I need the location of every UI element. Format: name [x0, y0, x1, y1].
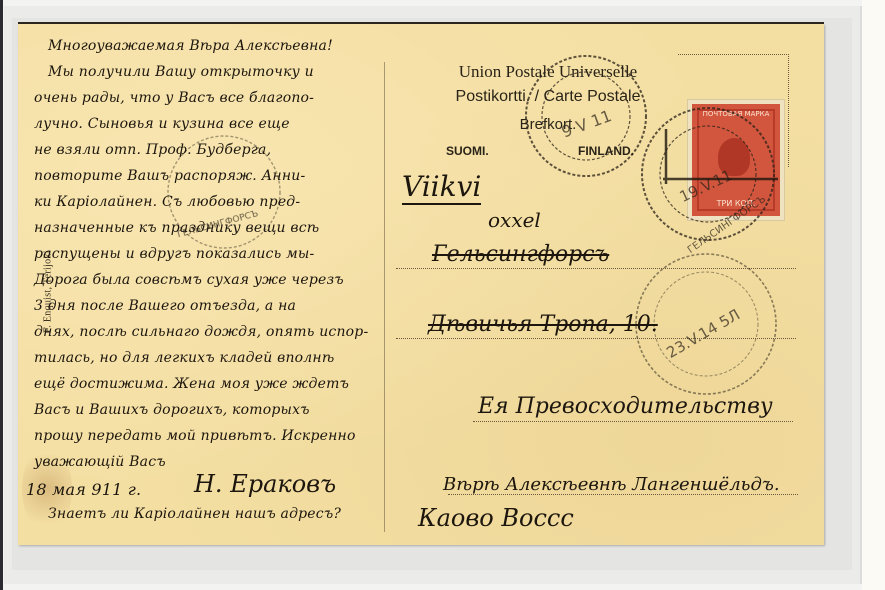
stamp-value-label: ТРИ КОП.: [692, 199, 780, 208]
stamp-country-label: ПОЧТОВАЯ МАРКА: [692, 110, 780, 118]
message-line: уважающiй Васъ: [34, 454, 166, 470]
signature: Н. Ераковъ: [194, 470, 336, 498]
message-date: 18 мая 911 г.: [26, 480, 141, 499]
address-recipient-place: Viikvi: [402, 170, 481, 205]
printer-imprint: F. Enquist, Terijoki: [43, 222, 54, 362]
message-line: не взяли отп. Проф. Будберга,: [34, 142, 271, 158]
country-finland: FINLAND.: [578, 144, 634, 158]
redirect-note: oxxel: [488, 208, 541, 232]
svg-text:23.V.14 5Л: 23.V.14 5Л: [663, 305, 743, 361]
message-line: повторите Вашъ распоряж. Анни-: [34, 168, 305, 184]
message-line: Мы получили Вашу открыточку и: [48, 64, 314, 80]
card-divider-line: [384, 62, 385, 532]
message-line: днях, послѣ сильнаго дождя, опять испор-: [34, 324, 368, 340]
header-brefkort: Brefkort.: [473, 116, 623, 133]
address-street-struck: Дѣвичья Тропа, 10.: [428, 312, 658, 337]
message-line: Многоуважаемая Вѣра Алексѣевна!: [48, 38, 333, 54]
message-line: Васъ и Вашихъ дорогихъ, которыхъ: [34, 402, 310, 418]
message-line: ещё достижима. Жена моя уже ждетъ: [34, 376, 349, 392]
postcard: F. Enquist, Terijoki Union Postale Unive…: [18, 24, 824, 545]
double-headed-eagle-icon: [718, 138, 750, 176]
header-upu: Union Postale Universelle: [403, 62, 693, 82]
redirect-address: Каово Вoccc: [418, 504, 574, 532]
album-margin: [862, 0, 885, 590]
message-line: 3 дня после Вашего отъезда, а на: [34, 298, 296, 314]
message-postscript: Знаетъ ли Карiолайнен нашъ адресъ?: [48, 506, 341, 522]
message-line: лучно. Сыновья и кузина все еще: [34, 116, 290, 132]
country-suomi: SUOMI.: [446, 144, 489, 158]
message-line: Дорога была совсѣмъ сухая уже черезъ: [34, 272, 344, 288]
message-line: очень рады, что у Васъ все благопо-: [34, 90, 314, 106]
address-honorific: Ея Превосходительству: [478, 394, 773, 419]
address-recipient-name: Вѣрѣ Алексѣевнѣ Лангеншёльдъ.: [443, 474, 780, 495]
message-line: назначенные къ празднику вещи всѣ: [34, 220, 319, 236]
address-line-2: [396, 338, 796, 339]
address-line-3: [473, 421, 793, 422]
message-line: ки Карiолайнен. Съ любовью пред-: [34, 194, 300, 210]
header-postcard: Postikortti. / Carte Postale: [403, 88, 693, 106]
message-line: тилась, но для легкихъ кладей вполнѣ: [34, 350, 334, 366]
postage-stamp: ПОЧТОВАЯ МАРКА ТРИ КОП.: [688, 100, 784, 220]
message-line: прошу передать мой привѣтъ. Искренно: [34, 428, 356, 444]
album-edge: [0, 0, 3, 590]
address-line-1: [396, 268, 796, 269]
message-line: распущены и вдругъ показались мы-: [34, 246, 314, 262]
address-city-struck: Гельсингфорсъ: [432, 242, 609, 267]
